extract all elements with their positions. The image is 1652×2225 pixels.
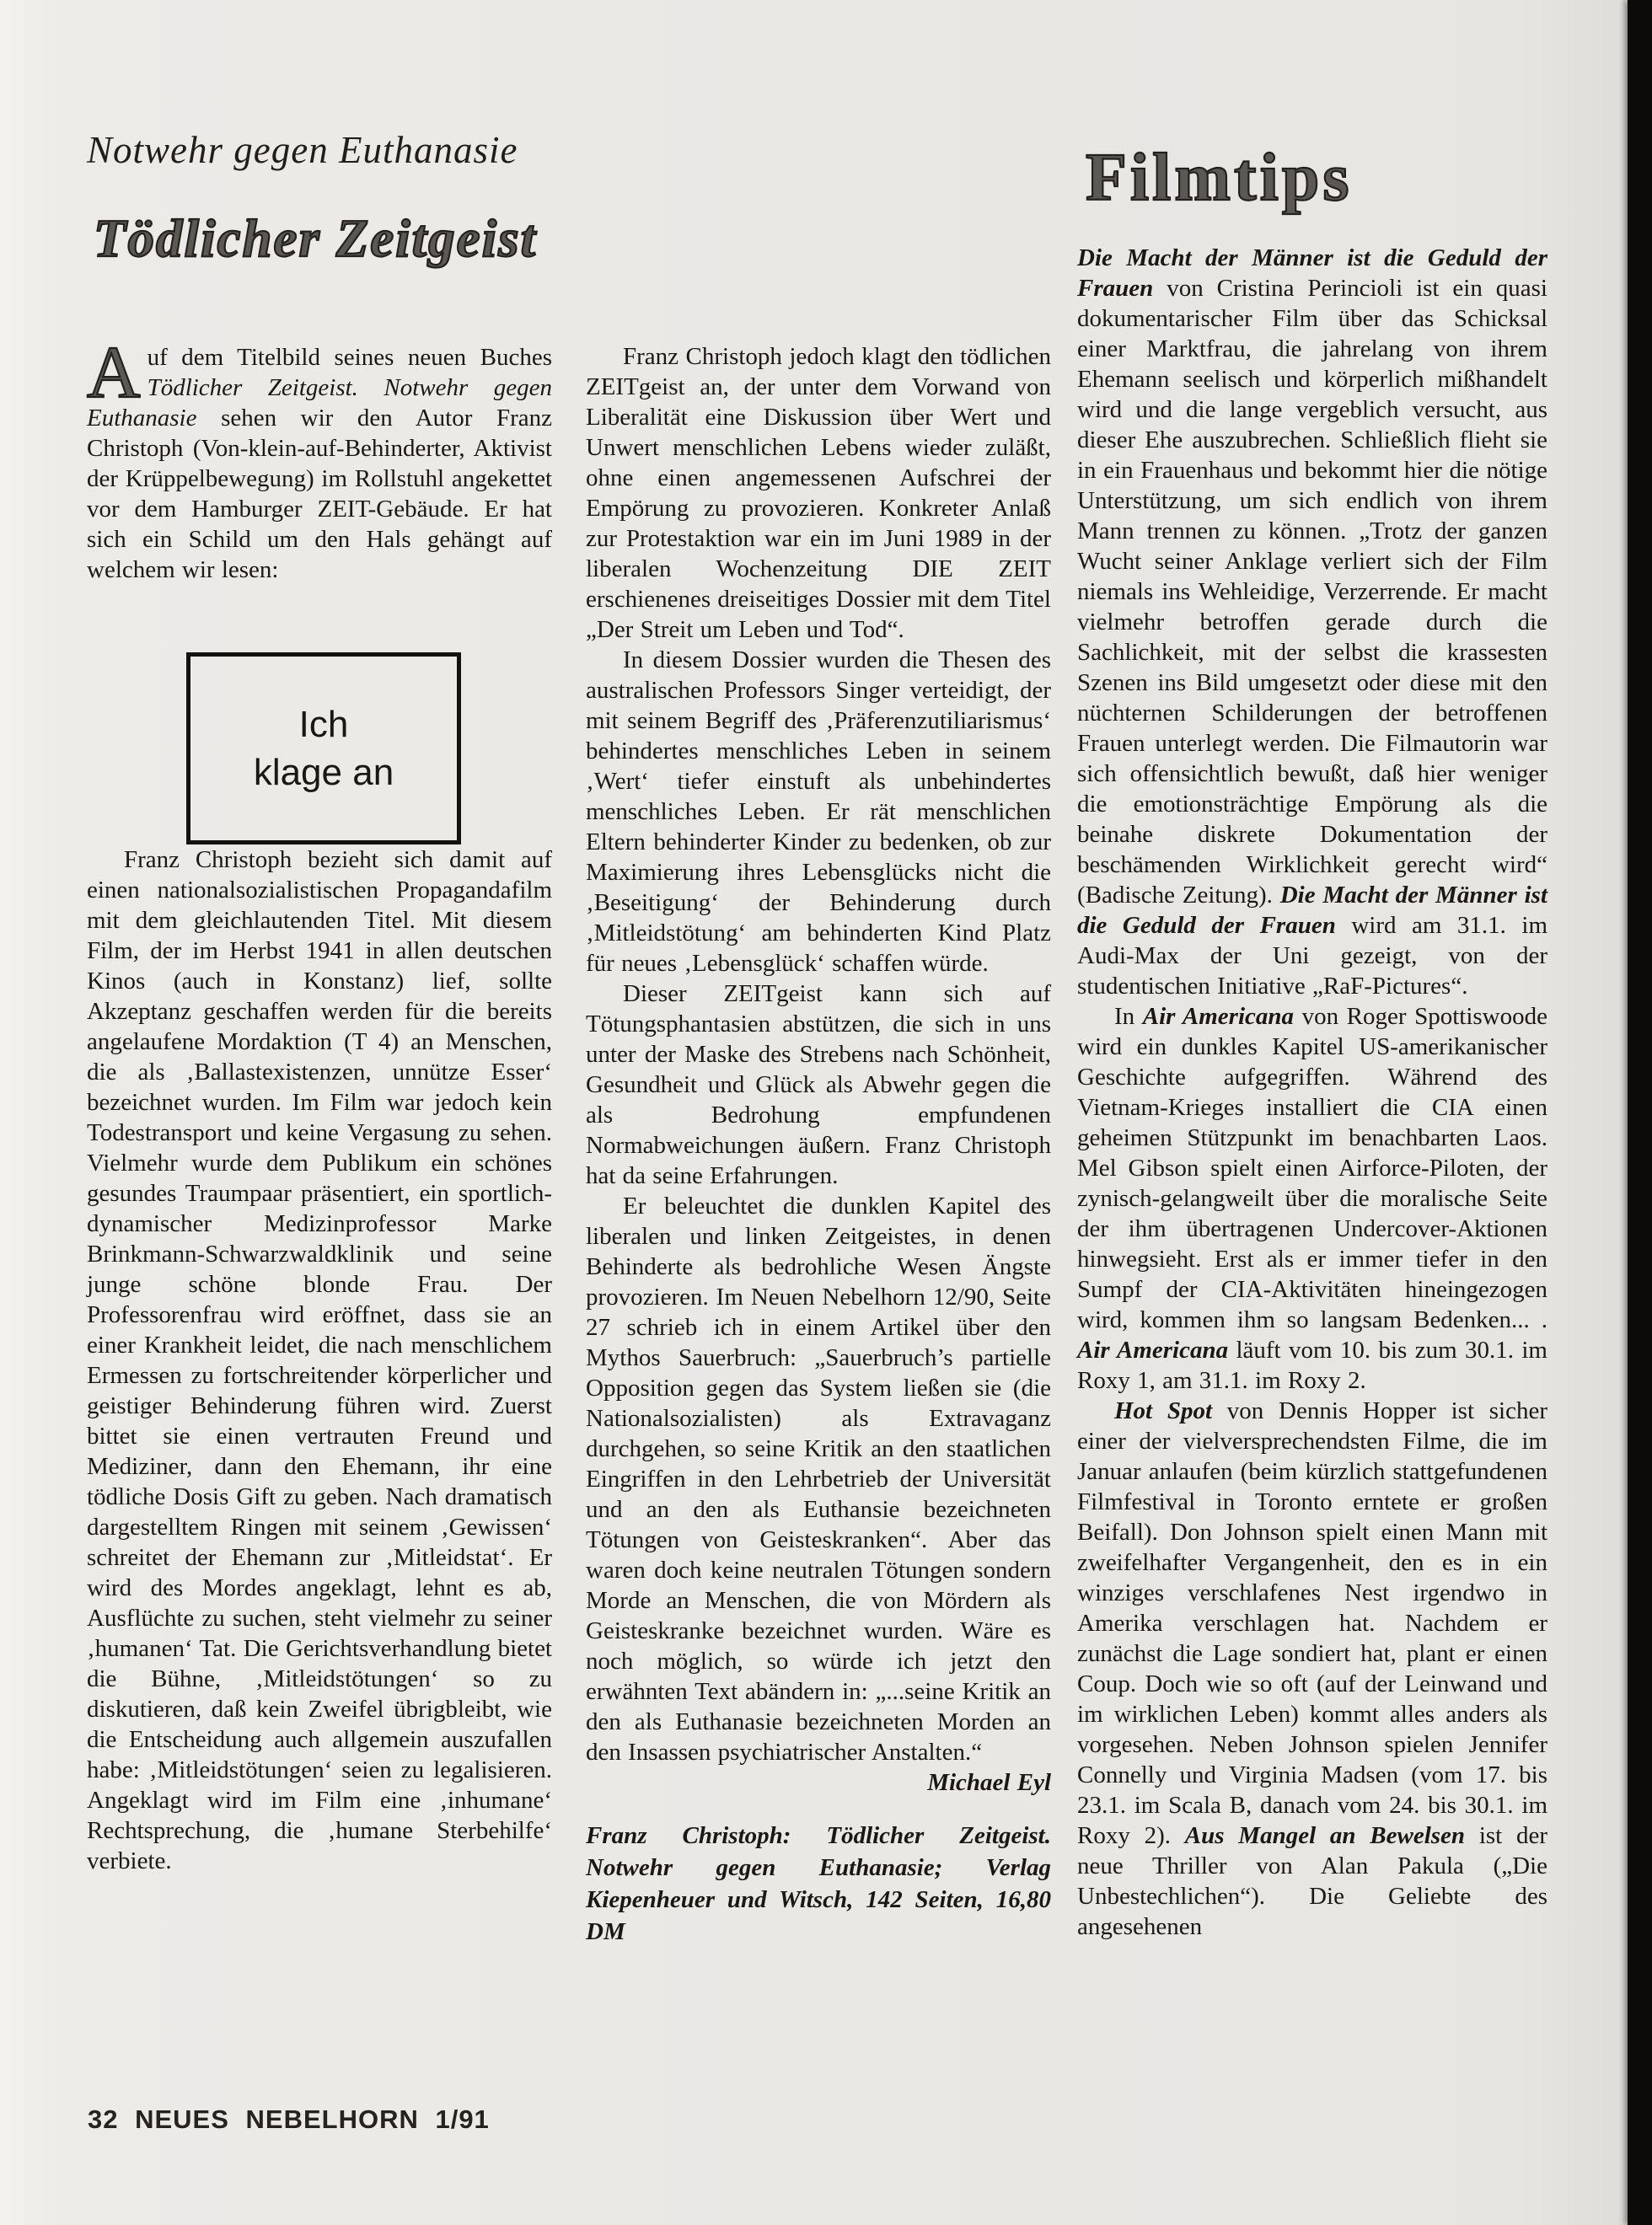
section-title: Filmtips <box>1086 142 1547 214</box>
article-paragraph: Er beleuchtet die dunklen Kapitel des li… <box>586 1191 1051 1767</box>
column-right: Filmtips Die Macht der Männer ist die Ge… <box>1077 142 1547 1942</box>
article-paragraph: Franz Christoph bezieht sich damit auf e… <box>87 844 552 1876</box>
sign-text-line: klage an <box>254 748 394 796</box>
paragraph-text: uf dem Titelbild seines neuen Buches Töd… <box>87 344 552 583</box>
sign-text-line: Ich <box>299 700 349 748</box>
film-review-paragraph: Hot Spot von Dennis Hopper ist sicher ei… <box>1077 1396 1547 1942</box>
book-reference: Franz Christoph: Tödlicher Zeitgeist. No… <box>586 1820 1051 1948</box>
dropcap-letter: A <box>87 342 147 403</box>
page-footer: 32 NEUES NEBELHORN 1/91 <box>88 2104 490 2135</box>
author-signature: Michael Eyl <box>873 1767 1051 1798</box>
article-paragraph: In diesem Dossier wurden die Thesen des … <box>586 645 1051 978</box>
article-paragraph: Franz Christoph jedoch klagt den tödlich… <box>586 341 1051 645</box>
column-left: Notwehr gegen Euthanasie Tödlicher Zeitg… <box>87 128 552 1876</box>
column-middle: Franz Christoph jedoch klagt den tödlich… <box>586 341 1051 1972</box>
kicker-heading: Notwehr gegen Euthanasie <box>87 128 552 172</box>
magazine-page: Notwehr gegen Euthanasie Tödlicher Zeitg… <box>0 0 1652 2225</box>
article-paragraph: Auf dem Titelbild seines neuen Buches Tö… <box>87 342 552 585</box>
article-paragraph: Dieser ZEITgeist kann sich auf Tötungsph… <box>586 978 1051 1191</box>
film-review-paragraph: Die Macht der Männer ist die Geduld der … <box>1077 243 1547 1001</box>
paragraph-text: Er beleuchtet die dunklen Kapitel des li… <box>586 1193 1051 1766</box>
film-review-paragraph: In Air Americana von Roger Spottiswoode … <box>1077 1001 1547 1396</box>
article-title: Tödlicher Zeitgeist <box>94 209 552 268</box>
protest-sign-box: Ich klage an <box>186 652 461 844</box>
scan-edge-bar <box>1628 0 1652 2225</box>
